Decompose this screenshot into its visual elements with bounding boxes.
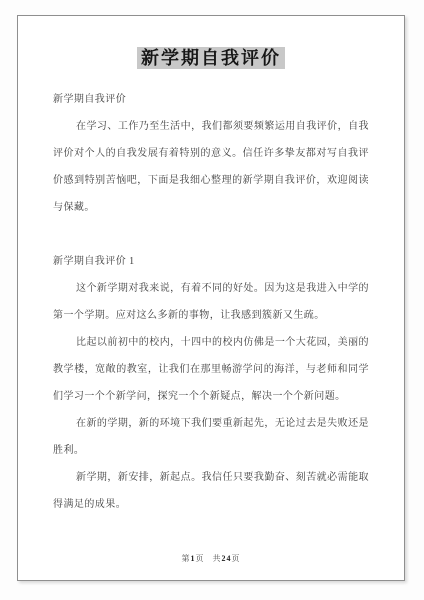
total-label-prefix: 共: [213, 554, 222, 563]
section-heading: 新学期自我评价 1: [53, 248, 369, 275]
body-paragraph: 新学期，新安排，新起点。我信任只要我勤奋、刻苦就必需能取得满足的成果。: [53, 464, 369, 518]
total-label-suffix: 页: [232, 554, 241, 563]
document-page: 新学期自我评价 新学期自我评价 在学习、工作乃至生活中，我们都须要频繁运用自我评…: [17, 15, 405, 581]
page-label-suffix: 页: [196, 554, 205, 563]
body-paragraph: 这个新学期对我来说，有着不同的好处。因为这是我进入中学的第一个学期。应对这么多新…: [53, 275, 369, 329]
document-subtitle: 新学期自我评价: [53, 86, 369, 113]
document-title: 新学期自我评价: [53, 46, 369, 70]
total-pages-number: 24: [222, 554, 232, 563]
page-label-prefix: 第: [182, 554, 191, 563]
intro-paragraph: 在学习、工作乃至生活中，我们都须要频繁运用自我评价，自我评价对个人的自我发展有着…: [53, 113, 369, 221]
page-footer: 第1页共24页: [18, 553, 404, 564]
document-body: 新学期自我评价 在学习、工作乃至生活中，我们都须要频繁运用自我评价，自我评价对个…: [53, 86, 369, 518]
body-paragraph: 比起以前初中的校内，十四中的校内仿佛是一个大花园，美丽的教学楼，宽敞的教室，让我…: [53, 329, 369, 410]
total-pages-group: 共24页: [213, 553, 241, 564]
body-paragraph: 在新的学期，新的环境下我们要重新起先，无论过去是失败还是胜利。: [53, 410, 369, 464]
document-title-text: 新学期自我评价: [137, 47, 285, 69]
page-number-group: 第1页: [182, 553, 205, 564]
